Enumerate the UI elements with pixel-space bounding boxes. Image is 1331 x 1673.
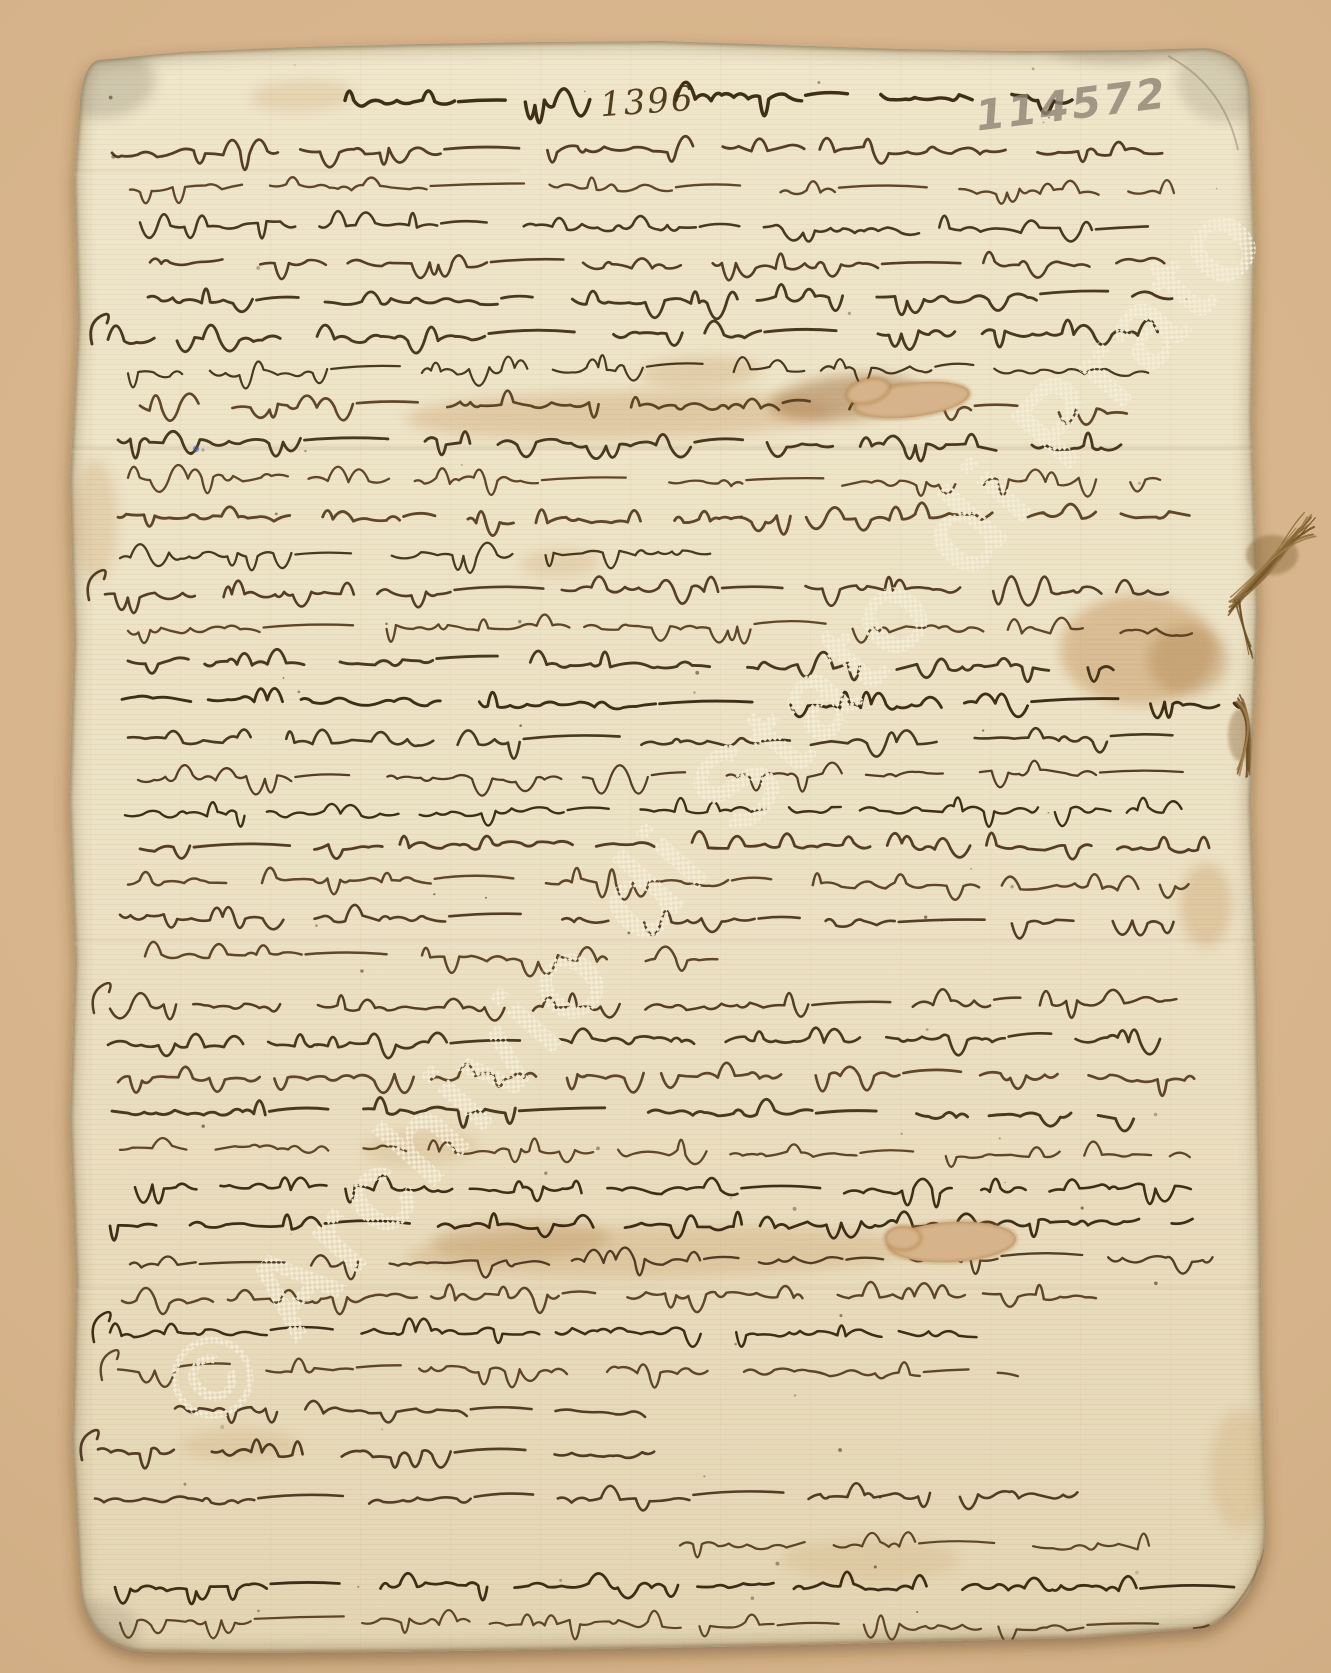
manuscript-scan: 1396 114572 © Archivio di Stato di Prato — [0, 0, 1331, 1673]
date-year-handwritten: 1396 — [599, 79, 696, 125]
